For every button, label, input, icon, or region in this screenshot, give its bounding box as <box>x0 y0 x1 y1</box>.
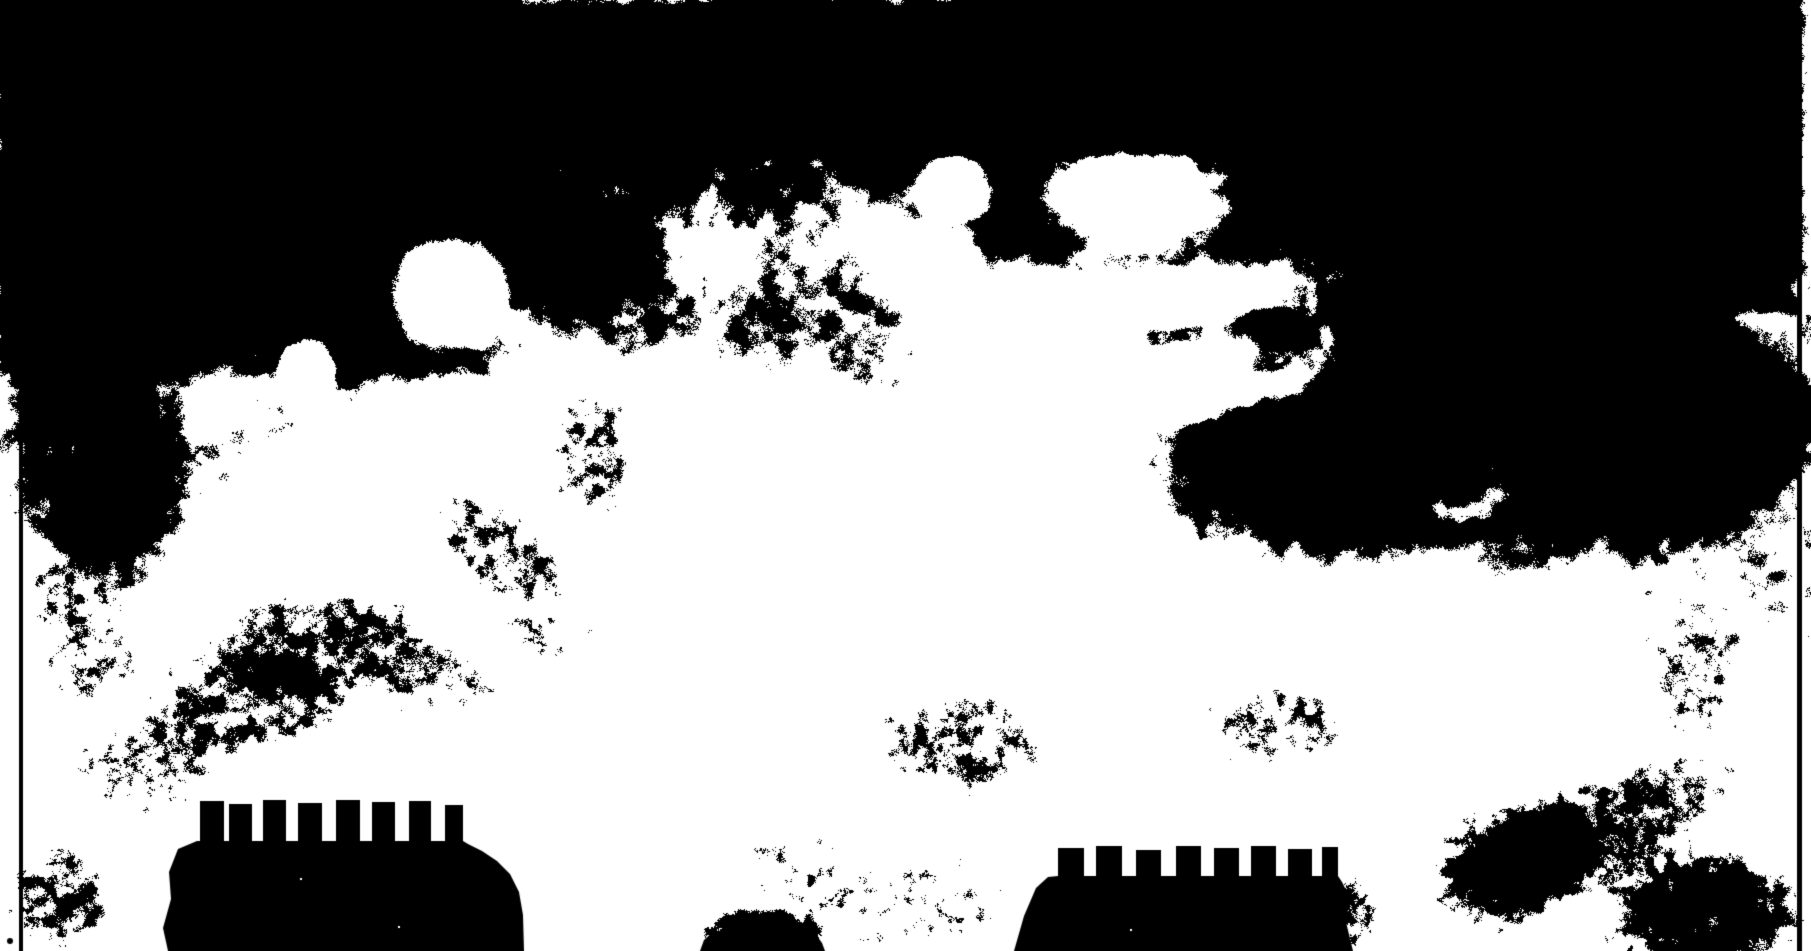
cloudscape-castle-halftone-canvas <box>0 0 1811 951</box>
scanned-halftone-plate <box>0 0 1811 951</box>
